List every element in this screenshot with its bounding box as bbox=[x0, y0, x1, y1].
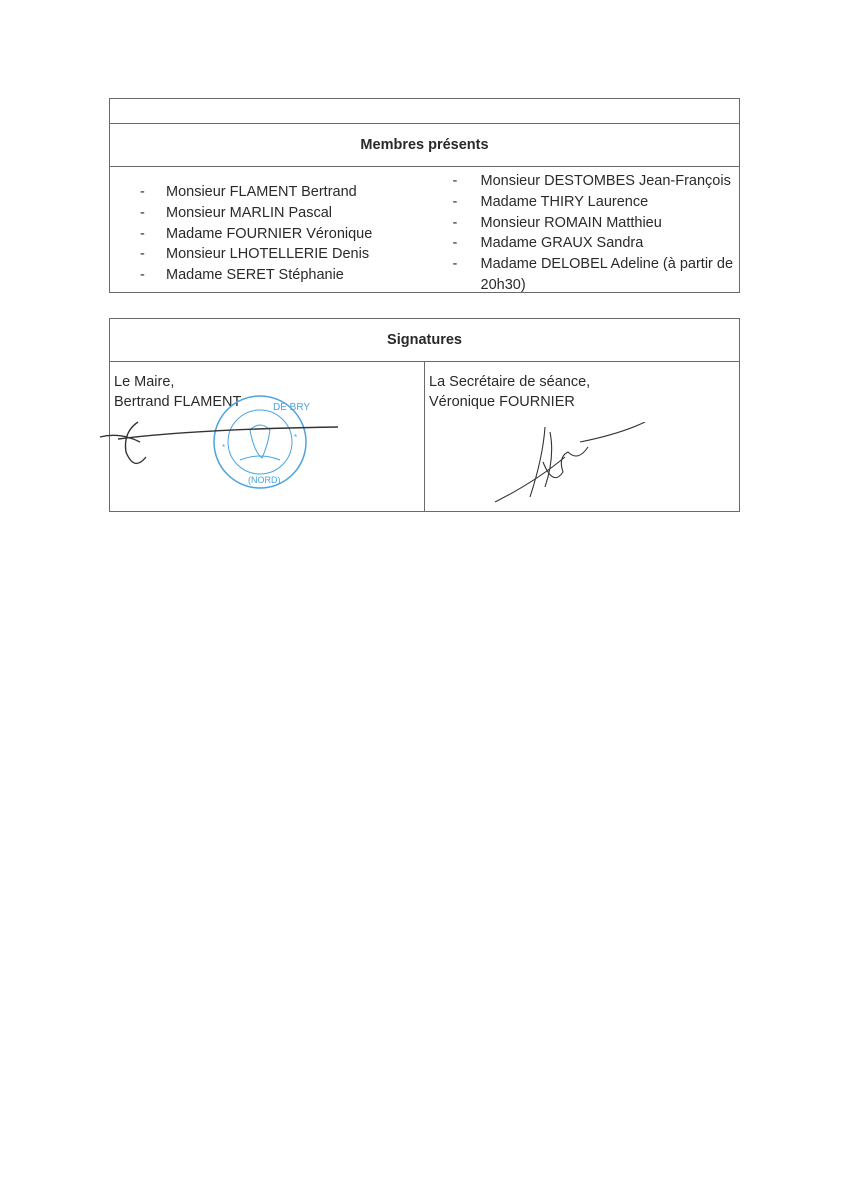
member-item: -Monsieur FLAMENT Bertrand bbox=[110, 182, 425, 203]
secretary-role: La Secrétaire de séance, bbox=[429, 372, 735, 392]
member-item: -Madame THIRY Laurence bbox=[425, 192, 740, 213]
members-title: Membres présents bbox=[110, 124, 739, 167]
member-item: -Monsieur MARLIN Pascal bbox=[110, 203, 425, 224]
signatures-title: Signatures bbox=[110, 319, 739, 362]
member-item: -Madame SERET Stéphanie bbox=[110, 265, 425, 286]
mayor-role: Le Maire, bbox=[114, 372, 420, 392]
secretary-signature-cell: La Secrétaire de séance, Véronique FOURN… bbox=[424, 362, 739, 512]
secretary-name: Véronique FOURNIER bbox=[429, 392, 735, 412]
member-item: -Madame GRAUX Sandra bbox=[425, 233, 740, 254]
secretary-signature-icon bbox=[485, 422, 655, 512]
member-item: -Monsieur LHOTELLERIE Denis bbox=[110, 244, 425, 265]
members-right-column: -Monsieur DESTOMBES Jean-François -Madam… bbox=[425, 167, 740, 296]
signatures-table: Signatures Le Maire, Bertrand FLAMENT DE… bbox=[109, 318, 740, 512]
members-table: Membres présents -Monsieur FLAMENT Bertr… bbox=[109, 98, 740, 293]
svg-text:DE BRY: DE BRY bbox=[273, 402, 310, 413]
member-item: -Madame DELOBEL Adeline (à partir de 20h… bbox=[425, 254, 740, 296]
members-left-column: -Monsieur FLAMENT Bertrand -Monsieur MAR… bbox=[110, 167, 425, 296]
mayor-signature-icon bbox=[98, 417, 358, 477]
member-item: -Madame FOURNIER Véronique bbox=[110, 224, 425, 245]
member-item: -Monsieur ROMAIN Matthieu bbox=[425, 213, 740, 234]
mayor-signature-cell: Le Maire, Bertrand FLAMENT DE BRY (NORD)… bbox=[110, 362, 424, 512]
member-item: -Monsieur DESTOMBES Jean-François bbox=[425, 171, 740, 192]
empty-header-row bbox=[110, 99, 739, 124]
